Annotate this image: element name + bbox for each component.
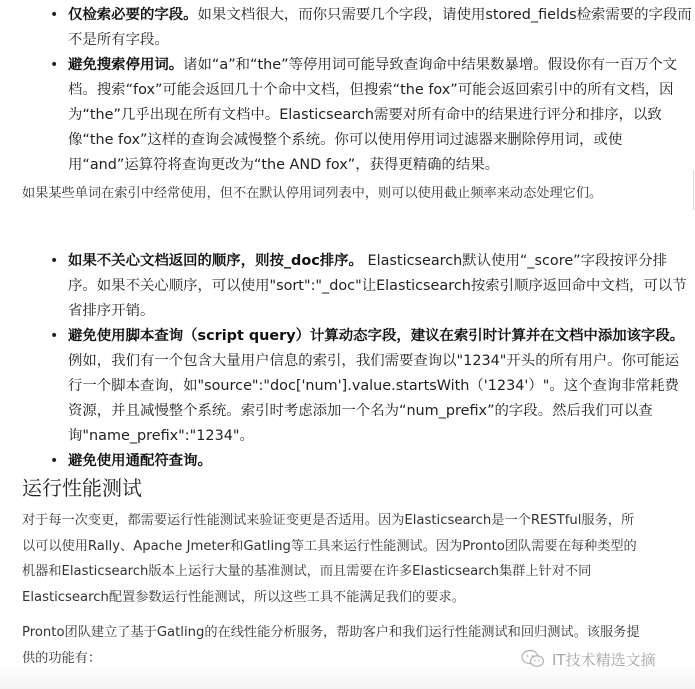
tip-heading: 避免搜索停用词。: [68, 57, 183, 73]
tip-item: • 仅检索必要的字段。如果文档很大，而你只需要几个字段，请使用stored_fi…: [68, 3, 693, 53]
tip-heading: 如果不关心文档返回的顺序，则按_doc排序。: [68, 253, 363, 269]
tip-heading: 避免使用脚本查询（script query）计算动态字段，建议在索引时计算并在文…: [68, 328, 684, 344]
watermark: IT技术精选文摘: [520, 648, 656, 670]
bullet-icon: •: [50, 249, 58, 274]
wechat-icon: [520, 648, 546, 670]
tip-item: • 避免搜索停用词。诸如“a”和“the”等停用词可能导致查询命中结果数暴增。假…: [68, 53, 693, 178]
section-title: 运行性能测试: [22, 474, 142, 502]
tip-text: 诸如“a”和“the”等停用词可能导致查询命中结果数暴增。假设你有一百万个文档。…: [68, 57, 677, 173]
bullet-icon: •: [50, 3, 58, 28]
bullet-icon: •: [50, 53, 58, 78]
tip-text: 例如，我们有一个包含大量用户信息的索引，我们需要查询以"1234"开头的所有用户…: [68, 353, 679, 444]
watermark-text: IT技术精选文摘: [552, 649, 656, 670]
article-page: • 仅检索必要的字段。如果文档很大，而你只需要几个字段，请使用stored_fi…: [0, 0, 695, 689]
bullet-icon: •: [50, 324, 58, 349]
scroll-edge-divider: [693, 170, 694, 210]
tip-item: • 避免使用脚本查询（script query）计算动态字段，建议在索引时计算并…: [68, 324, 693, 449]
bullet-icon: •: [50, 449, 58, 474]
tip-heading: 仅检索必要的字段。: [68, 7, 198, 23]
cutoff-paragraph: 如果某些单词在索引中经常使用，但不在默认停用词列表中，则可以使用截止频率来动态处…: [22, 181, 642, 207]
performance-paragraph: 对于每一次变更，都需要运行性能测试来验证变更是否适用。因为Elasticsear…: [22, 508, 642, 610]
tip-item: • 避免使用通配符查询。: [68, 449, 693, 474]
tips-list-1: • 仅检索必要的字段。如果文档很大，而你只需要几个字段，请使用stored_fi…: [68, 3, 693, 178]
tip-heading: 避免使用通配符查询。: [68, 453, 212, 469]
tip-item: • 如果不关心文档返回的顺序，则按_doc排序。 Elasticsearch默认…: [68, 249, 693, 324]
tips-list-2: • 如果不关心文档返回的顺序，则按_doc排序。 Elasticsearch默认…: [68, 249, 693, 474]
